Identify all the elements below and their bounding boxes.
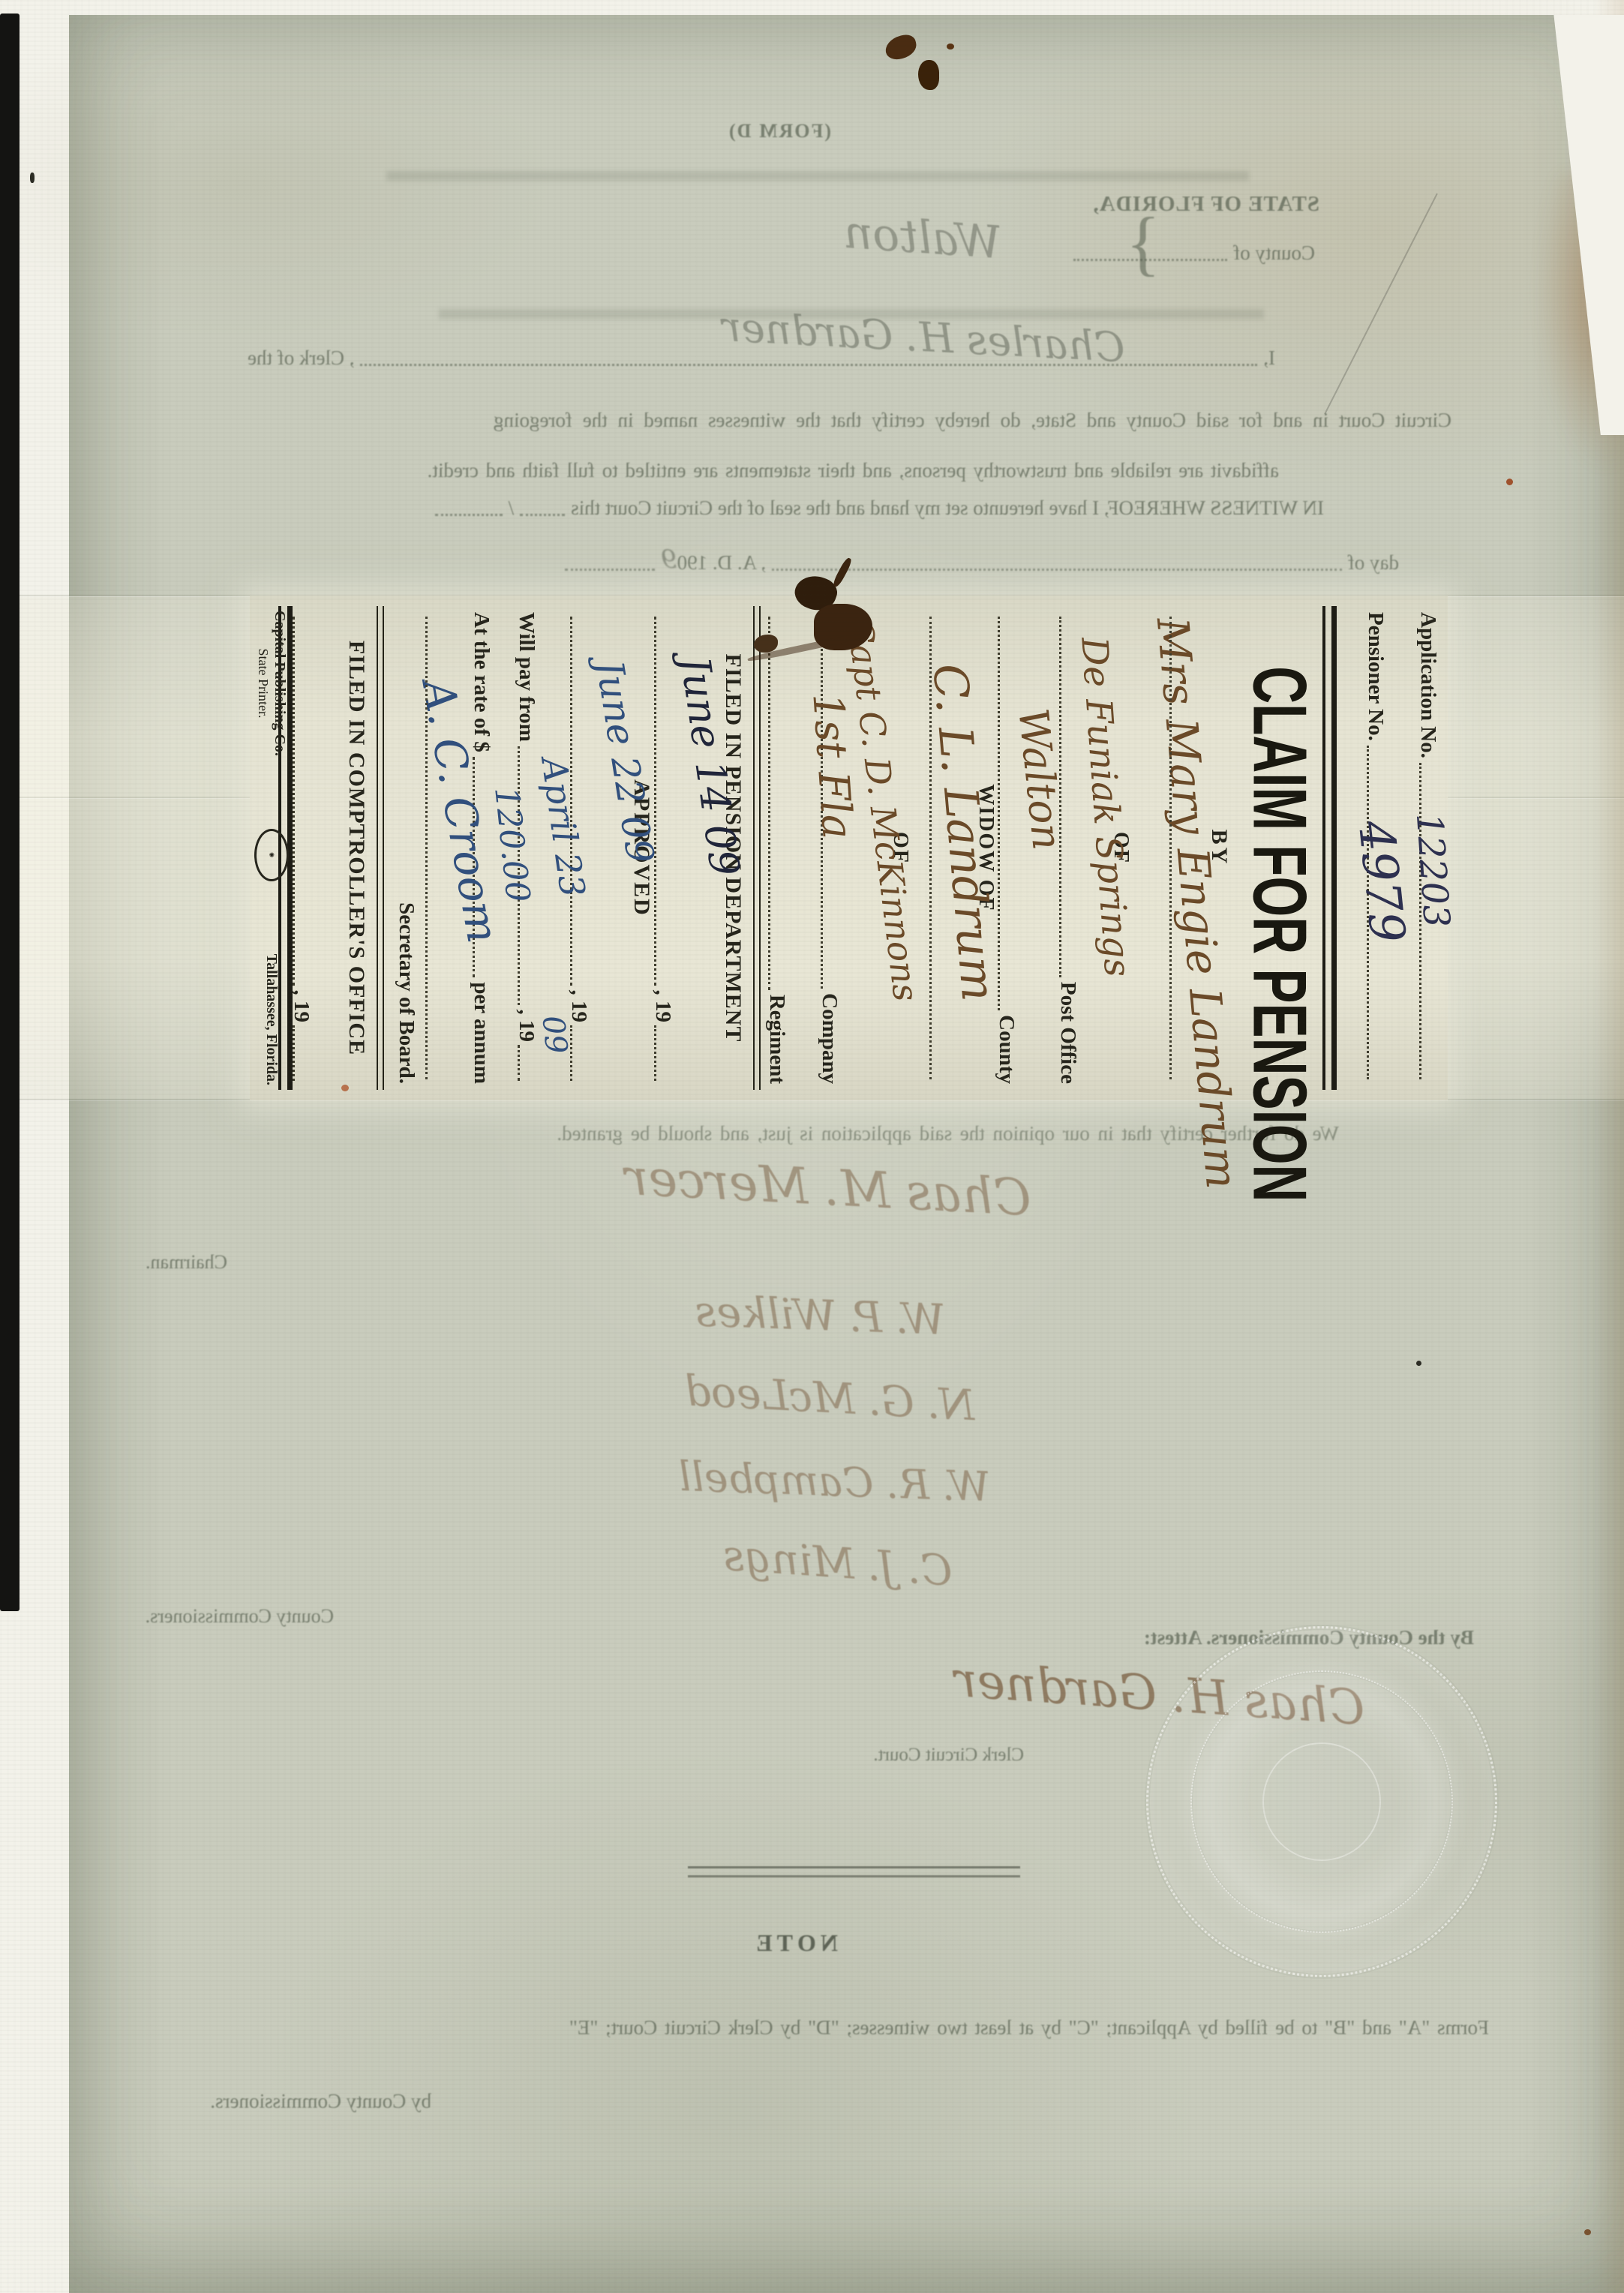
printer-sub: State Printer. [255, 611, 271, 756]
dotted-leader [654, 1025, 656, 1081]
heavy-double-rule [1322, 606, 1337, 1090]
secretary-of-board-label: Secretary of Board. [394, 902, 419, 1084]
dotted-leader [518, 1045, 520, 1081]
dotted-leader [1169, 617, 1172, 1079]
claim-for-pension-panel: Application No. 12203 Pensioner No. 4979… [250, 596, 1448, 1100]
pensioner-no-label: Pensioner No. [1363, 612, 1388, 741]
thin-double-rule [377, 606, 384, 1090]
scanned-document-page: (FORM D) STATE OF FLORIDA, County of } W… [0, 0, 1624, 2293]
ink-speck [1416, 1361, 1421, 1366]
ink-speck [947, 44, 954, 50]
printer-name: Capital Publishing Co. [271, 611, 288, 756]
application-no-label: Application No. [1415, 612, 1440, 758]
regiment-handwritten: 1st Fla [803, 692, 861, 841]
thin-double-rule [753, 606, 761, 1090]
pensioner-no-handwritten: 4979 [1347, 818, 1415, 946]
dotted-leader [425, 617, 428, 1079]
company-label: Company [817, 993, 842, 1084]
regiment-label: Regiment [764, 995, 789, 1084]
ink-blot [918, 60, 939, 90]
union-label-icon: ✺ [254, 829, 289, 881]
date-19-suffix: , 19 [514, 1010, 539, 1043]
dotted-leader [768, 617, 770, 990]
per-annum-label: per annum [469, 982, 494, 1084]
scanner-edge-strip [0, 14, 20, 1611]
printer-credit-row: Capital Publishing Co. State Printer. ✺ … [254, 611, 289, 1085]
rust-speck [1584, 2229, 1591, 2235]
filed-comptroller-heading: FILED IN COMPTROLLER'S OFFICE [344, 596, 369, 1100]
embossed-seal [1146, 1626, 1497, 1977]
dotted-leader [929, 617, 932, 1079]
rust-speck [341, 1085, 349, 1091]
claim-title: CLAIM FOR PENSION [1235, 666, 1322, 1030]
will-pay-label: Will pay from [514, 612, 539, 742]
dotted-leader [654, 617, 656, 986]
printer-city: Tallahassee, Florida. [263, 954, 281, 1085]
date-19-suffix: , 19 [566, 990, 591, 1023]
rust-speck [1506, 479, 1513, 485]
post-office-label: Post Office [1055, 982, 1080, 1084]
rate-label: At the rate of $ [469, 612, 494, 752]
dotted-leader [293, 617, 295, 986]
edge-mark [30, 173, 35, 183]
will-pay-year-handwritten: 09 [535, 1014, 573, 1055]
dotted-leader [293, 1025, 295, 1081]
application-no-handwritten: 12203 [1408, 812, 1458, 929]
